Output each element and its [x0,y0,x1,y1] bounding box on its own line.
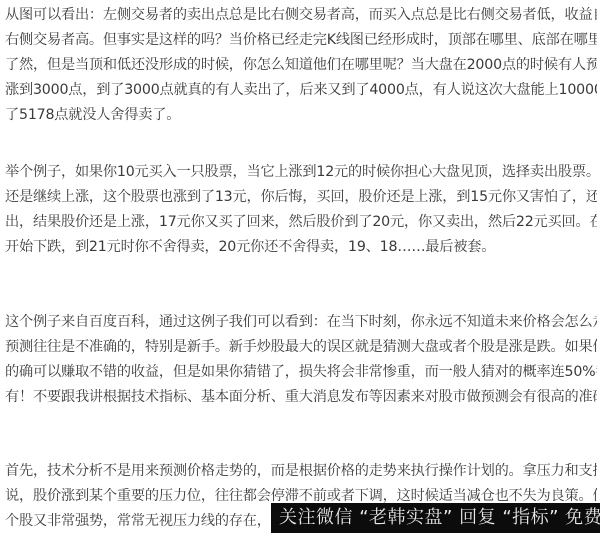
text-line: 这个例子来自百度百科，通过这例子我们可以看到：在当下时刻，你永远不知道未来价格会… [5,310,597,335]
text-line: 右侧交易者高。但事实是这样的吗？当价格已经走完K线图已经形成时，顶部在哪里、底部… [5,28,597,53]
text-line: 了然，但是当顶和低还没形成的时候，你怎么知道他们在哪里呢？当大盘在2000点的时… [5,53,597,78]
text-line: 从图可以看出：左侧交易者的卖出点总是比右侧交易者高，而买入点总是比右侧交易者低，… [5,3,597,28]
text-line: 首先，技术分析不是用来预测价格走势的，而是根据价格的走势来执行操作计划的。拿压力… [5,459,597,484]
text-line: 还是继续上涨，这个股票也涨到了13元，你后悔，买回，股价还是上涨，到15元你又害… [5,185,597,210]
text-line: 预测往往是不准确的，特别是新手。新手炒股最大的误区就是猜测大盘或者个股是涨是跌。… [5,335,597,360]
text-line: 有！不要跟我讲根据技术指标、基本面分析、重大消息发布等因素来对股市做预测会有很高… [5,385,597,410]
text-line: 了5178点就没人舍得卖了。 [5,103,597,128]
text-line: 举个例子，如果你10元买入一只股票，当它上涨到12元的时候你担心大盘见顶，选择卖… [5,160,597,185]
text-line: 开始下跌，到21元时你不舍得卖，20元你还不舍得卖，19、18……最后被套。 [5,235,597,260]
paragraph-2: 举个例子，如果你10元买入一只股票，当它上涨到12元的时候你担心大盘见顶，选择卖… [5,160,597,260]
paragraph-1: 从图可以看出：左侧交易者的卖出点总是比右侧交易者高，而买入点总是比右侧交易者低，… [5,3,597,128]
text-line: 出，结果股价还是上涨，17元你又买了回来，然后股价到了20元，你又卖出，然后22… [5,210,597,235]
paragraph-3: 这个例子来自百度百科，通过这例子我们可以看到：在当下时刻，你永远不知道未来价格会… [5,310,597,410]
text-line: 的确可以赚取不错的收益，但是如果你猜错了，损失将会非常惨重，而一般人猜对的概率连… [5,360,597,385]
text-line: 涨到3000点，到了3000点就真的有人卖出了，后来又到了4000点，有人说这次… [5,78,597,103]
watermark-banner: 关注微信 “老韩实盘” 回复 “指标” 免费领 [271,503,600,533]
